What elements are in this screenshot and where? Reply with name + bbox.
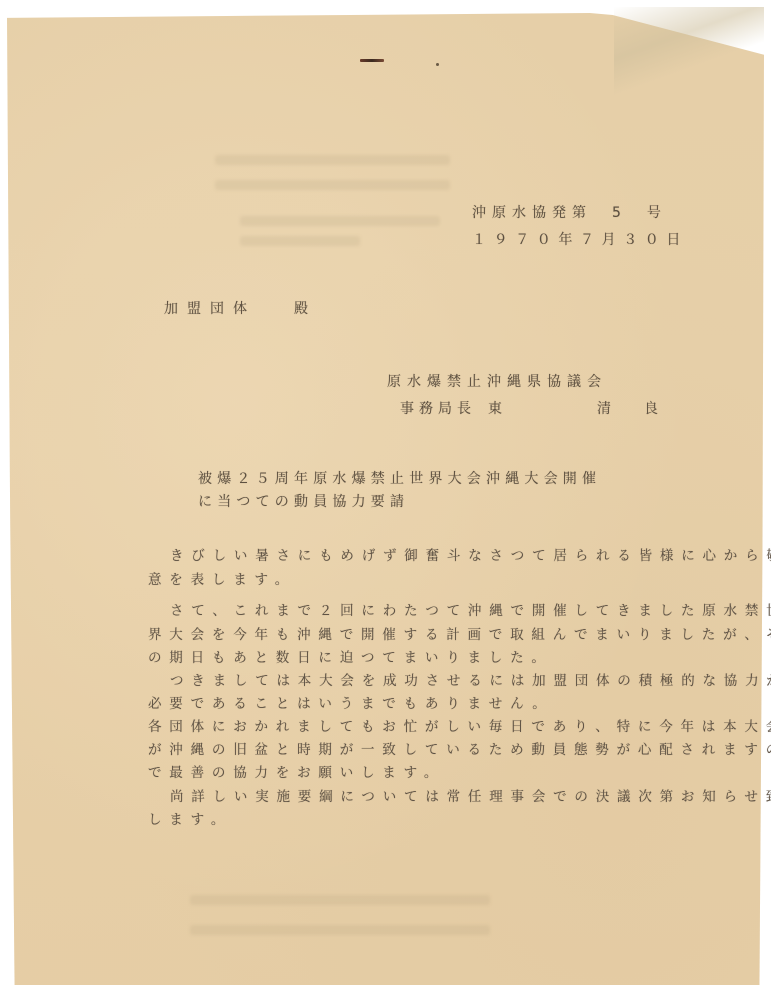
sender-title: 事務局長 bbox=[400, 401, 476, 417]
show-through bbox=[240, 236, 360, 246]
subject-line-2: に当つての動員協力要請 bbox=[198, 491, 409, 511]
sender-given-name-1: 清 bbox=[597, 401, 616, 417]
sender-signature: 事務局長東清良 bbox=[400, 398, 663, 418]
sender-given-name-2: 良 bbox=[644, 401, 663, 417]
body-line: さて、これまで２回にわたつて沖縄で開催してきました原水禁世 bbox=[148, 599, 771, 619]
sender-surname: 東 bbox=[488, 401, 507, 417]
body-line: つきましては本大会を成功させるには加盟団体の積極的な協力が bbox=[148, 669, 771, 689]
body-line: します。 bbox=[148, 808, 232, 828]
subject-line-1: 被爆２５周年原水爆禁止世界大会沖縄大会開催 bbox=[198, 468, 601, 488]
body-line: 尚詳しい実施要綱については常任理事会での決議次第お知らせ致 bbox=[148, 785, 771, 805]
body-line: きびしい暑さにもめげず御奮斗なさつて居られる皆様に心から敬 bbox=[148, 544, 771, 564]
body-line: 各団体におかれましてもお忙がしい毎日であり、特に今年は本大会 bbox=[148, 715, 771, 735]
body-line: 必要であることはいうまでもありません。 bbox=[148, 692, 554, 712]
body-line: 界大会を今年も沖縄で開催する計画で取組んでまいりましたが、そ bbox=[148, 623, 771, 643]
body-line: の期日もあと数日に迫つてまいりました。 bbox=[148, 646, 553, 666]
body-line: が沖縄の旧盆と時期が一致しているため動員態勢が心配されますの bbox=[148, 738, 771, 758]
addressee: 加盟団体殿 bbox=[164, 298, 317, 318]
body-line: 意を表します。 bbox=[148, 568, 296, 588]
sender-organization: 原水爆禁止沖縄県協議会 bbox=[387, 371, 607, 391]
show-through bbox=[190, 925, 490, 935]
scanned-document: 沖原水協発第 5 号 １９７０年７月３０日 加盟団体殿 原水爆禁止沖縄県協議会 … bbox=[0, 0, 771, 1000]
reference-number: 沖原水協発第 5 号 bbox=[472, 202, 667, 222]
show-through bbox=[215, 155, 450, 165]
show-through bbox=[190, 895, 490, 905]
document-date: １９７０年７月３０日 bbox=[472, 229, 688, 249]
paper-speck bbox=[436, 63, 439, 66]
addressee-honorific: 殿 bbox=[294, 301, 317, 317]
staple-mark bbox=[360, 59, 384, 62]
show-through bbox=[215, 180, 450, 190]
show-through bbox=[240, 216, 440, 226]
body-line: で最善の協力をお願いします。 bbox=[148, 761, 445, 781]
addressee-name: 加盟団体 bbox=[164, 301, 256, 317]
